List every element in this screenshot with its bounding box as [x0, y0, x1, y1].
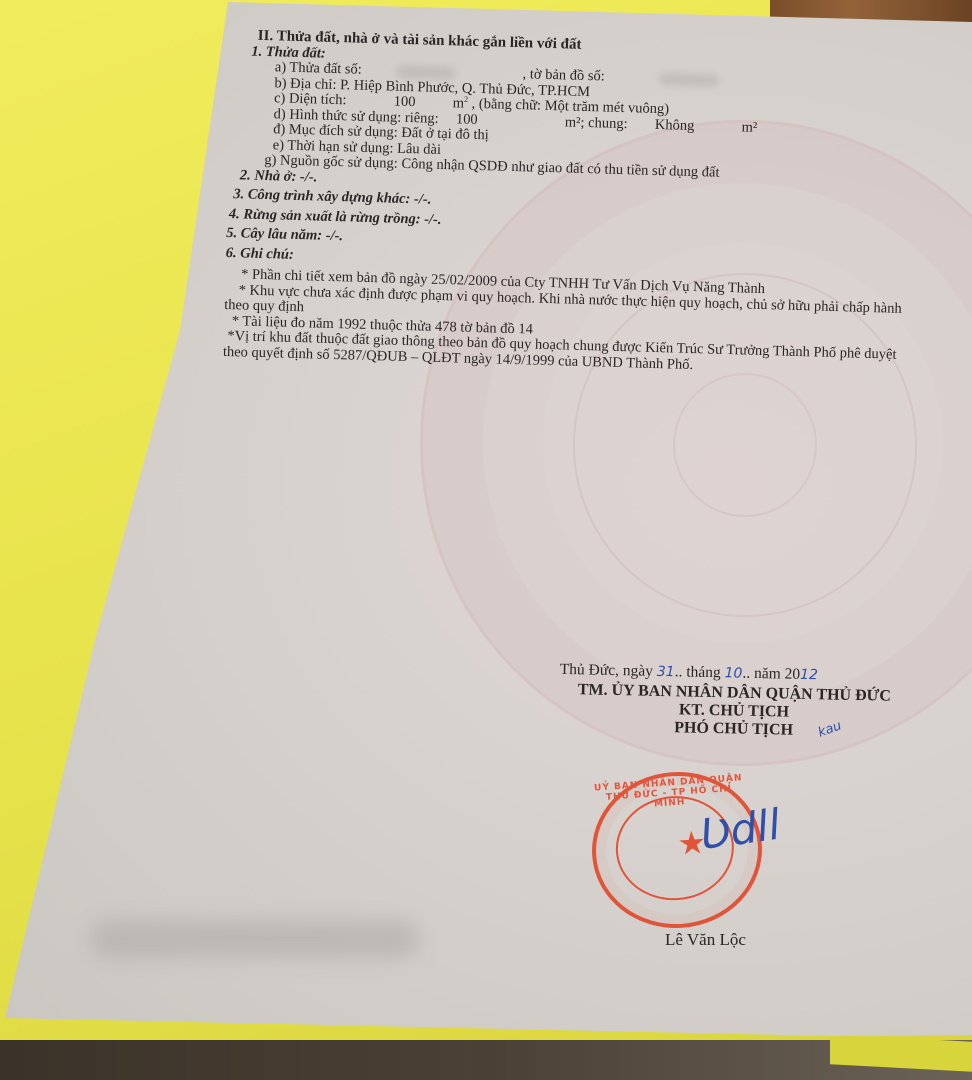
month-label: tháng — [686, 663, 721, 681]
year-label: năm 20 — [754, 665, 800, 683]
date-day: 31 — [657, 664, 675, 680]
land-details-section: II. Thửa đất, nhà ở và tài sản khác gắn … — [221, 28, 950, 380]
usage-shared-value: Không — [655, 116, 695, 133]
redacted-plot-number — [395, 65, 455, 79]
dark-surface — [0, 1040, 972, 1080]
term-value: Lâu dài — [397, 140, 441, 157]
notes-list: * Phần chi tiết xem bản đồ ngày 25/02/20… — [221, 267, 913, 379]
area-unit: m — [452, 95, 464, 111]
date-prefix: Thủ Đức, ngày — [560, 661, 654, 680]
usage-private-value: 100 — [456, 111, 478, 128]
area-value: 100 — [394, 94, 416, 111]
date-month: 10 — [724, 665, 742, 681]
date-year-suffix: 12 — [800, 667, 818, 683]
redacted-footer-text — [90, 920, 420, 958]
signer-name: Lê Văn Lộc — [665, 930, 746, 950]
signature-block: Thủ Đức, ngày 31.. tháng 10.. năm 2012 T… — [518, 660, 949, 743]
usage-shared-unit: m² — [741, 119, 757, 135]
redacted-map-sheet — [658, 73, 718, 87]
usage-shared-label: m²; chung: — [565, 114, 628, 132]
